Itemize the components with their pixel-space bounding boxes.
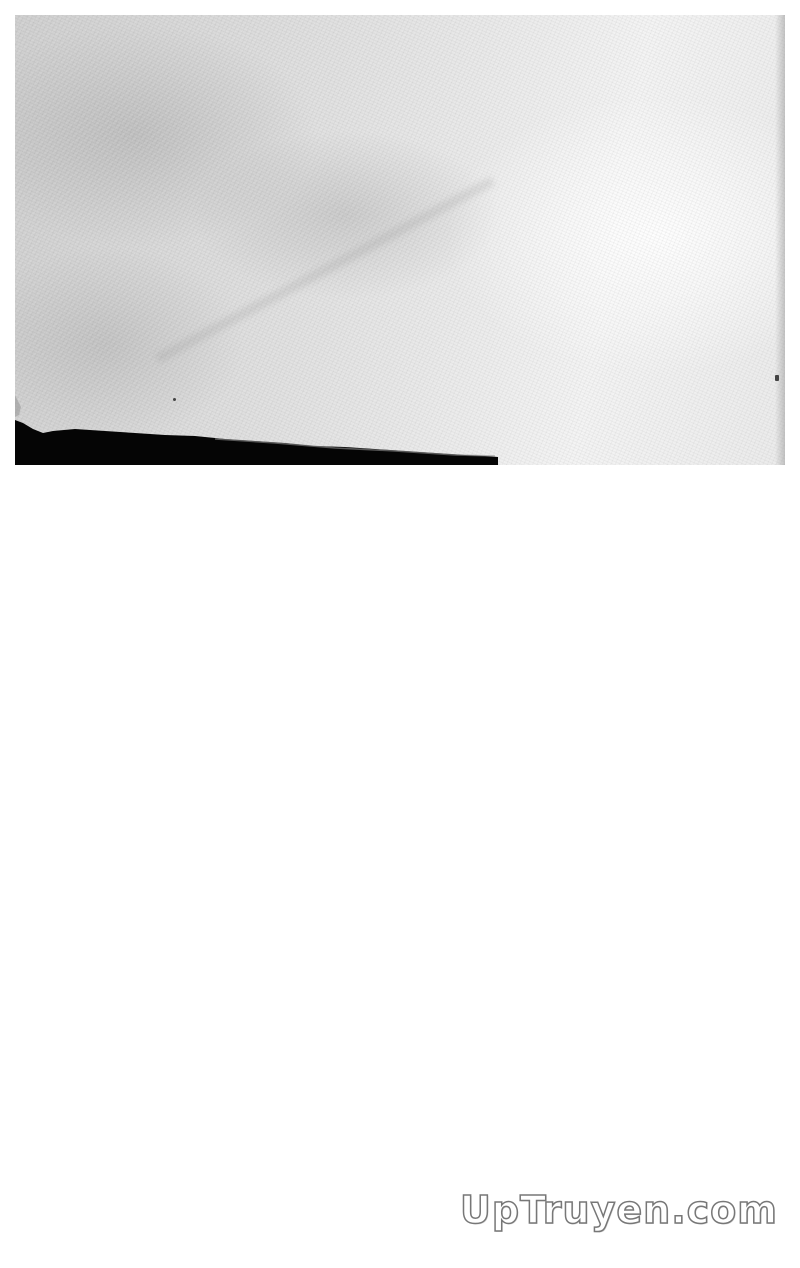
site-watermark: UpTruyen.com	[460, 1180, 760, 1240]
paper-panel	[15, 15, 785, 465]
torn-shadow-edge	[15, 15, 785, 465]
